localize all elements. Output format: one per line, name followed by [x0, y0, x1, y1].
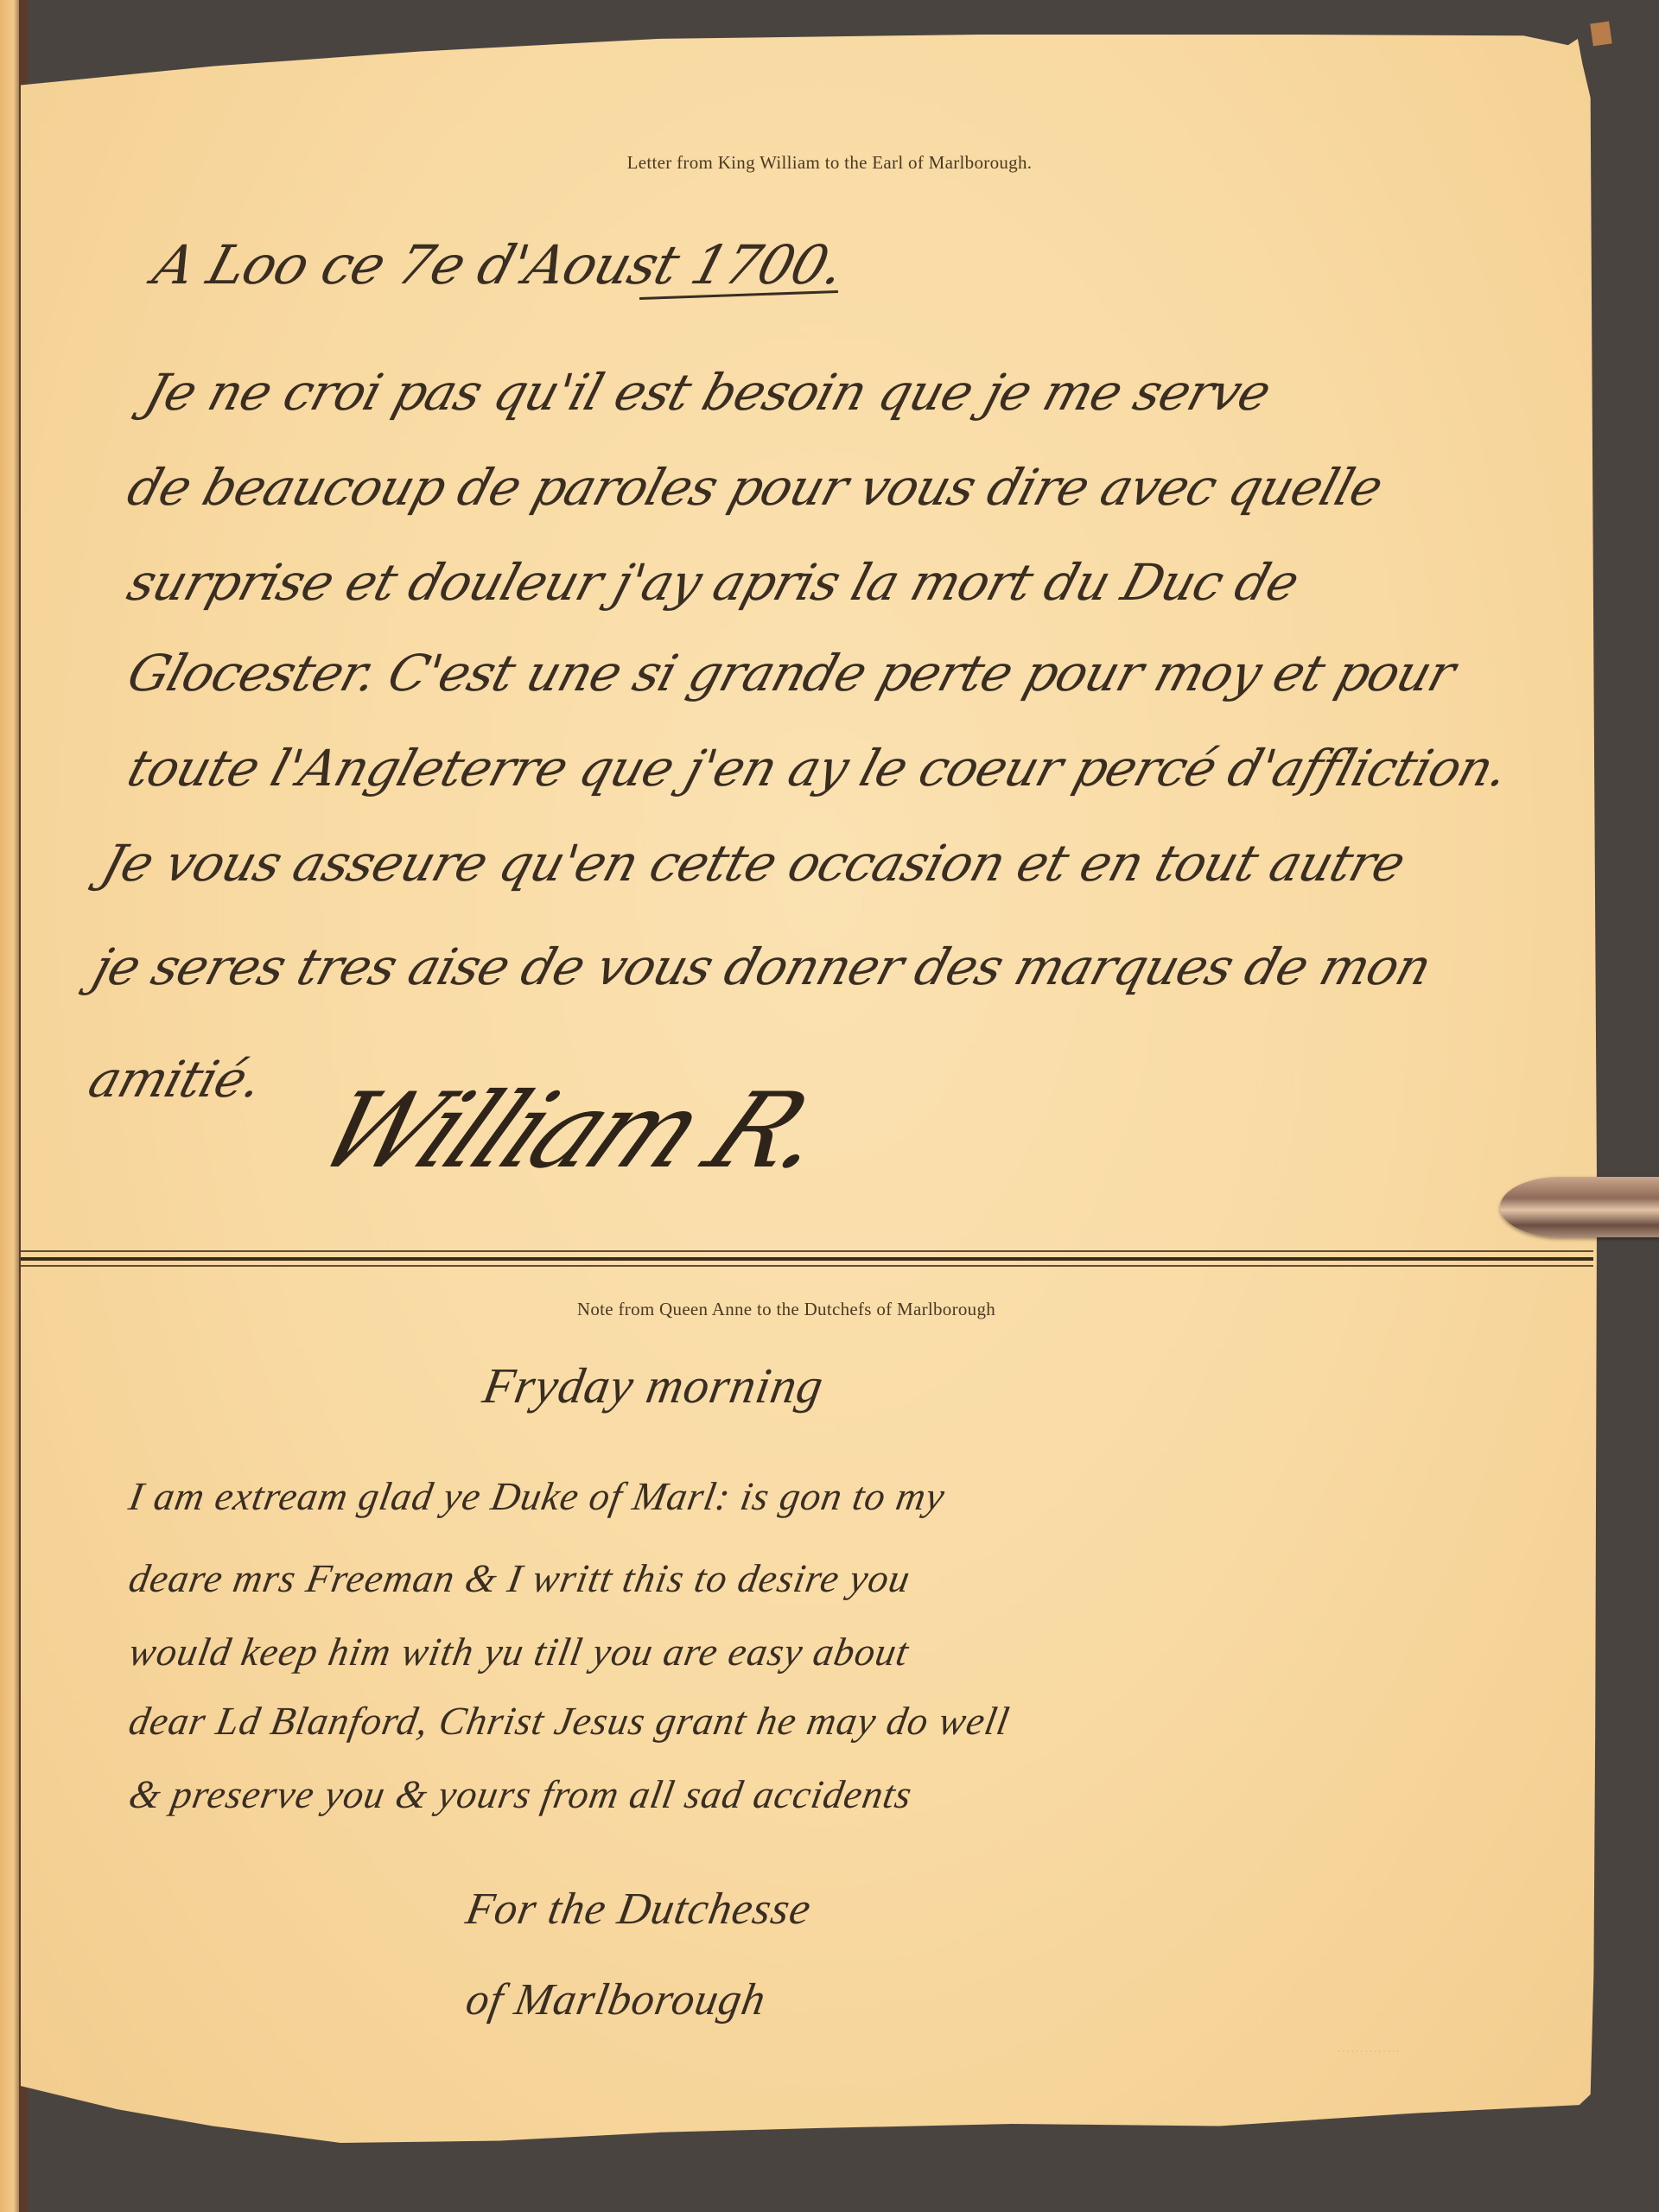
letter-line: Je vous asseure qu'en cette occasion et … [95, 834, 1411, 893]
bookmark-ribbon [1500, 1177, 1659, 1237]
note-line: would keep him with yu till you are easy… [125, 1629, 912, 1675]
torn-page-corner [1590, 22, 1611, 47]
letter-line: je seres tres aise de vous donner des ma… [86, 938, 1437, 996]
note-address-line: of Marlborough [462, 1974, 770, 2025]
letter-line: toute l'Angleterre que j'en ay le coeur … [121, 739, 1515, 798]
letter-line: amitié. [82, 1050, 268, 1109]
section-divider-rule [21, 1250, 1593, 1252]
note-address-line: For the Dutchesse [462, 1884, 816, 1935]
letter-caption: Letter from King William to the Earl of … [0, 152, 1659, 174]
letter-dateline: A Loo ce 7e d'Aoust 1700. [147, 233, 852, 296]
note-heading: Fryday morning [479, 1357, 828, 1414]
printer-imprint: · · · · · · · · · · · · · · [1338, 2047, 1399, 2056]
note-caption: Note from Queen Anne to the Dutchefs of … [0, 1299, 1616, 1320]
note-line: dear Ld Blanford, Christ Jesus grant he … [125, 1698, 1013, 1744]
king-william-signature: William R. [296, 1071, 850, 1192]
letter-line: Je ne croi pas qu'il est besoin que je m… [138, 363, 1277, 422]
note-line: deare mrs Freeman & I writt this to desi… [125, 1555, 914, 1601]
letter-line: Glocester. C'est une si grande perte pou… [121, 644, 1461, 702]
letter-line: de beaucoup de paroles pour vous dire av… [121, 458, 1389, 517]
letter-line: surprise et douleur j'ay apris la mort d… [121, 553, 1305, 612]
note-line: & preserve you & yours from all sad acci… [125, 1771, 916, 1817]
section-divider-rule [21, 1265, 1593, 1267]
note-line: I am extream glad ye Duke of Marl: is go… [125, 1473, 949, 1519]
section-divider-rule [21, 1257, 1593, 1261]
